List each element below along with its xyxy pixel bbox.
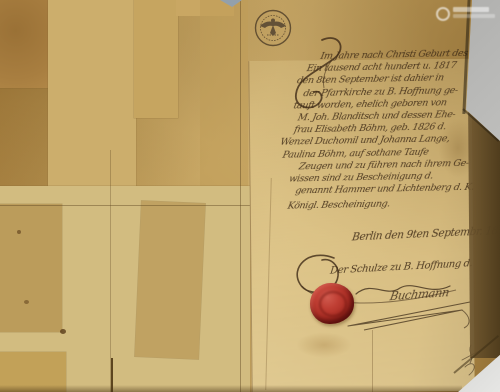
paper-patch — [134, 0, 178, 118]
auction-watermark-logo — [436, 5, 496, 25]
signature-flourish — [338, 276, 478, 334]
watermark-bar — [453, 14, 495, 18]
fold-crease — [0, 205, 250, 206]
photo-of-document: Im Jahre nach Christi Geburt des Ein tau… — [0, 0, 500, 392]
fold-crease — [110, 150, 111, 392]
ink-speck — [60, 329, 66, 334]
aged-paper-sheet: Im Jahre nach Christi Geburt des Ein tau… — [0, 0, 500, 392]
stain — [296, 332, 352, 358]
watermark-ring-icon — [436, 7, 450, 21]
paper-patch — [0, 0, 52, 88]
paper-patch — [135, 201, 206, 360]
handwriting-line: genannt Hammer und Lichtenberg d. K. — [294, 182, 475, 198]
paper-patch — [48, 0, 136, 192]
fold-crease — [240, 0, 241, 392]
paper-edge-shadow — [0, 385, 462, 392]
watermark-bar — [453, 7, 489, 12]
paper-patch — [0, 204, 62, 332]
handwritten-text-block: Im Jahre nach Christi Geburt des Ein tau… — [266, 48, 474, 214]
ink-speck — [17, 230, 21, 234]
page-crease — [372, 330, 373, 392]
watermark-text-bars — [453, 7, 495, 18]
ink-speck — [24, 300, 29, 304]
